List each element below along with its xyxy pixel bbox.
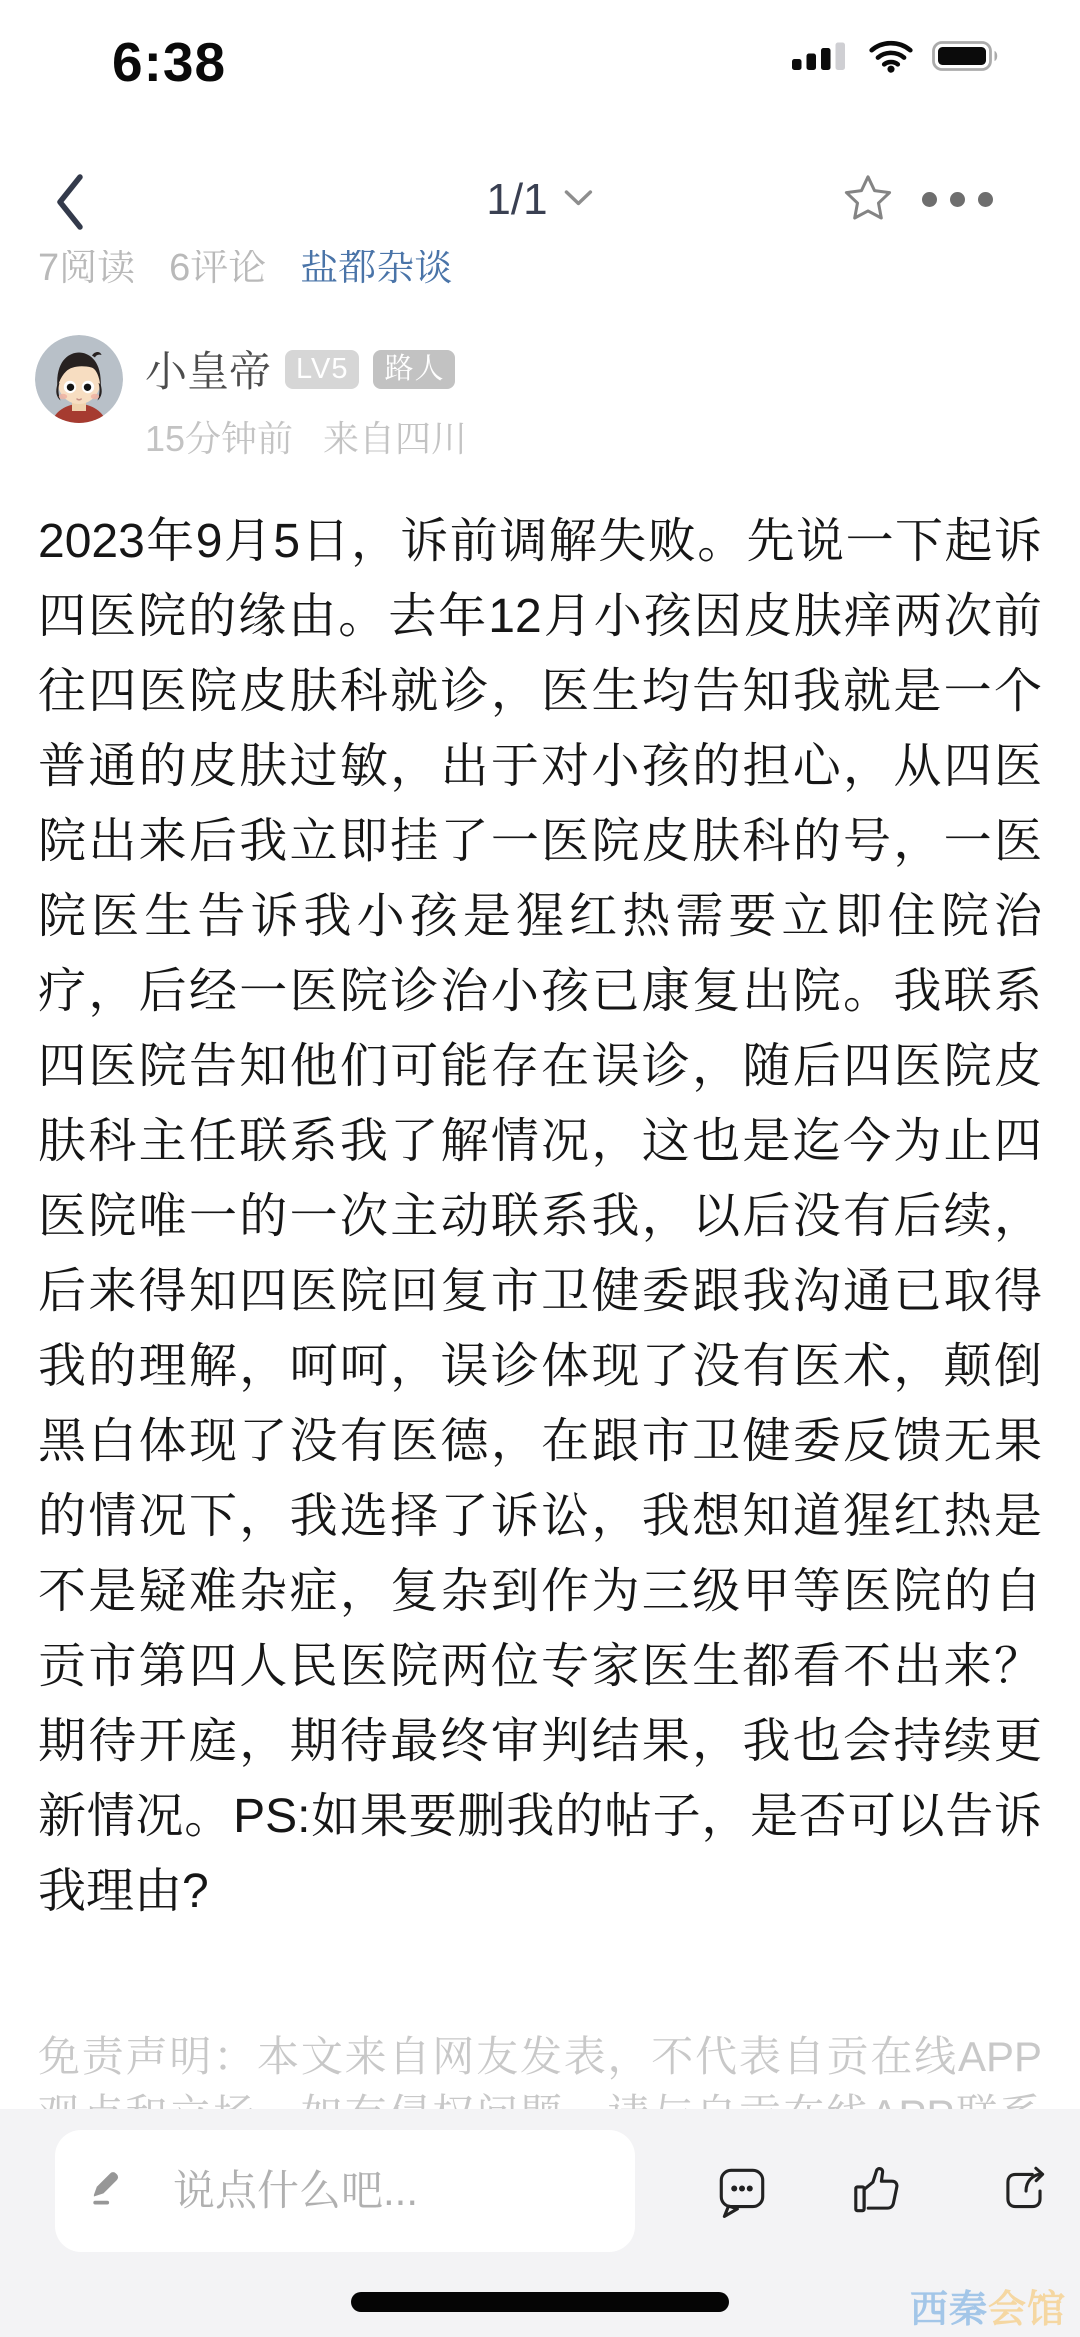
cellular-signal-icon [792,42,850,75]
watermark: 西秦会馆 [910,2278,1066,2333]
more-ellipsis-icon [922,192,937,207]
read-count: 7阅读 [38,250,135,290]
level-badge: LV5 [285,350,359,389]
share-button[interactable] [996,2161,1054,2219]
status-time: 6:38 [112,30,226,94]
watermark-part1: 西秦 [910,2289,988,2331]
status-icons [792,38,1002,79]
author-name[interactable]: 小皇帝 [145,339,271,399]
comments-button[interactable] [713,2161,771,2219]
more-ellipsis-icon [950,192,965,207]
app-screen: 6:38 [0,0,1080,2337]
favorite-button[interactable] [840,171,896,227]
star-icon [840,214,896,231]
role-badge: 路人 [373,350,455,389]
wifi-icon [868,38,914,79]
board-link[interactable]: 盐都杂谈 [300,250,452,290]
back-chevron-icon [52,220,86,237]
back-button[interactable] [52,171,96,239]
comment-input[interactable] [55,2130,635,2252]
post-body-text: 2023年9月5日，诉前调解失败。先说一下起诉四医院的缘由。去年12月小孩因皮肤… [38,504,1042,1929]
thumbs-up-button[interactable] [847,2161,905,2219]
more-button[interactable] [922,189,993,209]
post-meta-row-clipped: 7阅读 6评论 盐都杂谈 [0,250,1080,290]
more-ellipsis-icon [978,192,993,207]
caret-down-icon [564,189,594,212]
page-indicator: 1/1 [486,175,547,225]
comment-count: 6评论 [169,250,266,290]
avatar[interactable] [35,335,123,423]
page-selector[interactable]: 1/1 [486,175,593,225]
post-time: 15分钟前 [145,411,293,462]
battery-icon [932,40,1002,77]
status-bar: 6:38 [0,28,1080,100]
author-row: 小皇帝 LV5 路人 15分钟前 来自四川 [35,335,1042,462]
home-indicator[interactable] [351,2292,729,2312]
watermark-part2: 会馆 [988,2289,1066,2331]
author-info: 小皇帝 LV5 路人 15分钟前 来自四川 [145,335,467,462]
post-location: 来自四川 [323,411,467,462]
nav-bar: 1/1 [0,163,1080,247]
